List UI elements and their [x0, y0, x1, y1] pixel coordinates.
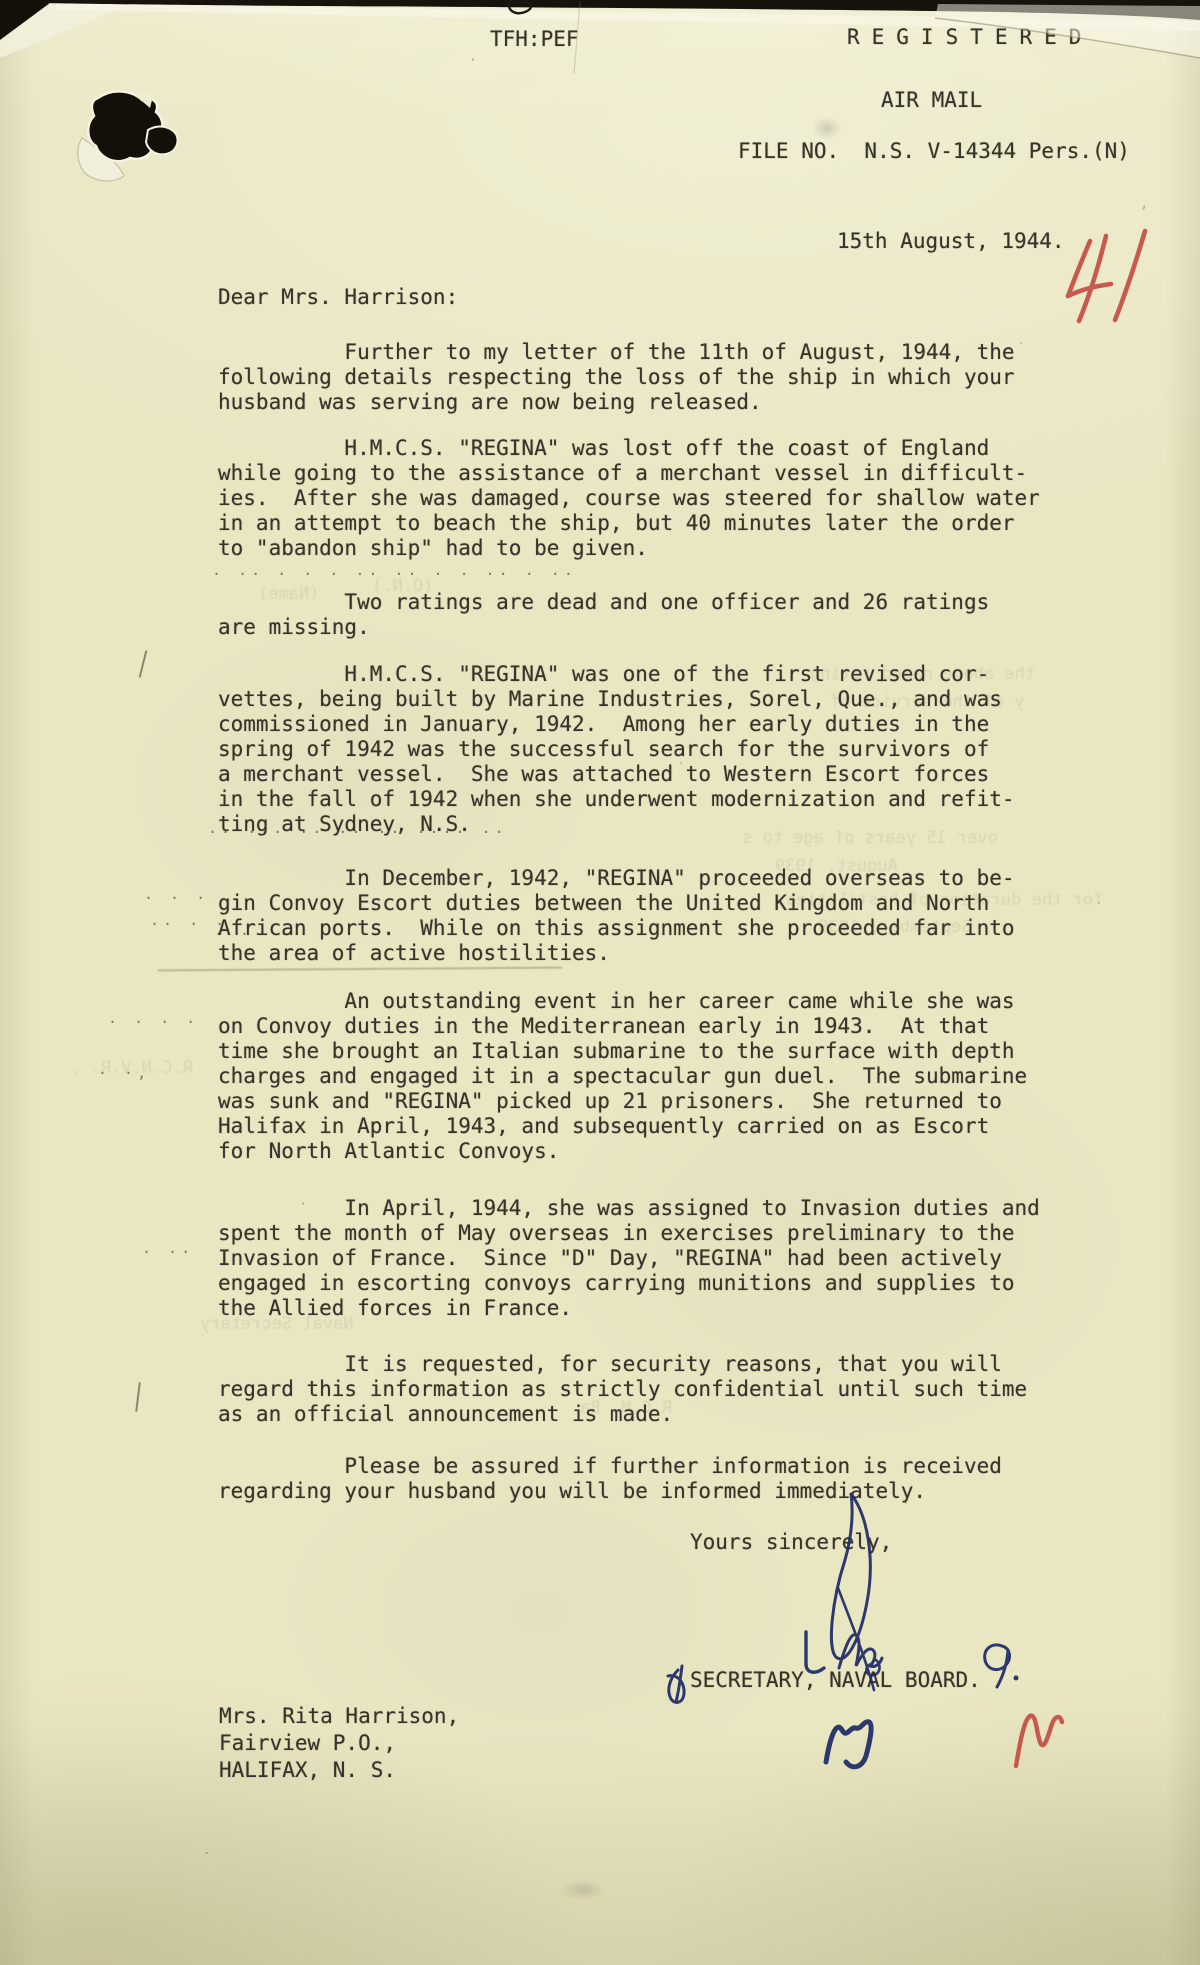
red-page-number-mark: [1068, 231, 1145, 321]
torn-hole-opening-small: [146, 127, 178, 155]
torn-hole: [78, 91, 178, 181]
red-check-scrawl: [1016, 1716, 1062, 1766]
signature-ink: [668, 1494, 882, 1767]
corner-crease-highlight: [935, 4, 1200, 58]
handwritten-nine: [985, 1645, 1019, 1687]
scanned-letter-page: TFH:PEF REGISTERED AIR MAIL FILE NO. N.S…: [0, 0, 1200, 1965]
scan-artifacts-layer: [0, 0, 1200, 1965]
